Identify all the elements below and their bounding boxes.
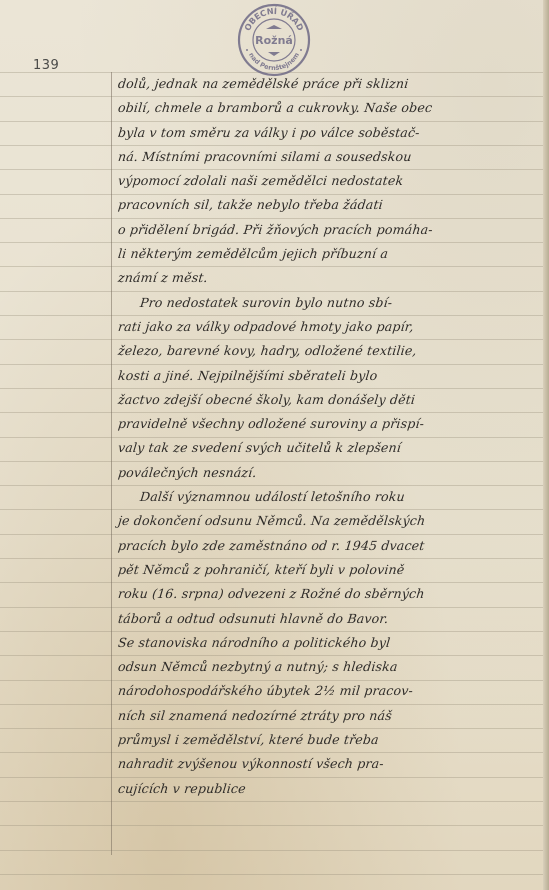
text-line: železo, barevné kovy, hadry, odložené te… [117, 339, 540, 363]
margin-rule [111, 72, 112, 855]
stamp-seal-icon: OBECNÍ ÚŘAD nad Pernštejnem Rožná [236, 2, 312, 78]
text-line: kosti a jiné. Nejpilnějšími sběrateli by… [117, 364, 540, 388]
text-line: je dokončení odsunu Němců. Na zemědělský… [117, 509, 540, 533]
text-line: ních sil znamená nedozírné ztráty pro ná… [117, 704, 540, 728]
text-line: odsun Němců nezbytný a nutný; s hlediska [117, 655, 540, 679]
text-line: ná. Místními pracovními silami a souseds… [117, 145, 540, 169]
text-line: byla v tom směru za války i po válce sob… [117, 121, 540, 145]
text-line: li některým zemědělcům jejich příbuzní a [117, 242, 540, 266]
text-line: národohospodářského úbytek 2½ mil pracov… [117, 679, 540, 703]
text-line: výpomocí zdolali naši zemědělci nedostat… [117, 169, 540, 193]
text-line: rati jako za války odpadové hmoty jako p… [117, 315, 540, 339]
text-line: valy tak ze svedení svých učitelů k zlep… [117, 436, 540, 460]
ruled-line [0, 850, 543, 851]
text-line: žactvo zdejší obecné školy, kam donášely… [117, 388, 540, 412]
text-line: roku (16. srpna) odvezeni z Rožné do sbě… [117, 582, 540, 606]
text-line: Pro nedostatek surovin bylo nutno sbí- [117, 291, 540, 315]
text-line: táborů a odtud odsunuti hlavně do Bavor. [117, 607, 540, 631]
text-line: obilí, chmele a bramborů a cukrovky. Naš… [117, 96, 540, 120]
text-line: nahradit zvýšenou výkonností všech pra- [117, 752, 540, 776]
text-line: poválečných nesnází. [117, 461, 540, 485]
ruled-line [0, 874, 543, 875]
text-line: Se stanoviska národního a politického by… [117, 631, 540, 655]
manuscript-page: 139 OBECNÍ ÚŘAD nad Pernštejnem Rožná do… [0, 0, 549, 890]
text-line: Další významnou událostí letošního roku [117, 485, 540, 509]
svg-text:Rožná: Rožná [255, 34, 293, 47]
page-edge [543, 0, 549, 890]
text-line: průmysl i zemědělství, které bude třeba [117, 728, 540, 752]
text-line: o přidělení brigád. Při žňových pracích … [117, 218, 540, 242]
page-number: 139 [33, 58, 59, 73]
municipal-stamp: OBECNÍ ÚŘAD nad Pernštejnem Rožná [236, 2, 312, 78]
text-line: pět Němců z pohraničí, kteří byli v polo… [117, 558, 540, 582]
text-line: pravidelně všechny odložené suroviny a p… [117, 412, 540, 436]
ruled-line [0, 825, 543, 826]
text-line: známí z měst. [117, 266, 540, 290]
text-line: pracovních sil, takže nebylo třeba žádat… [117, 193, 540, 217]
text-line: pracích bylo zde zaměstnáno od r. 1945 d… [117, 534, 540, 558]
handwritten-text: dolů, jednak na zemědělské práce při skl… [118, 72, 538, 801]
text-line: dolů, jednak na zemědělské práce při skl… [117, 72, 540, 96]
text-line: cujících v republice [117, 777, 540, 801]
